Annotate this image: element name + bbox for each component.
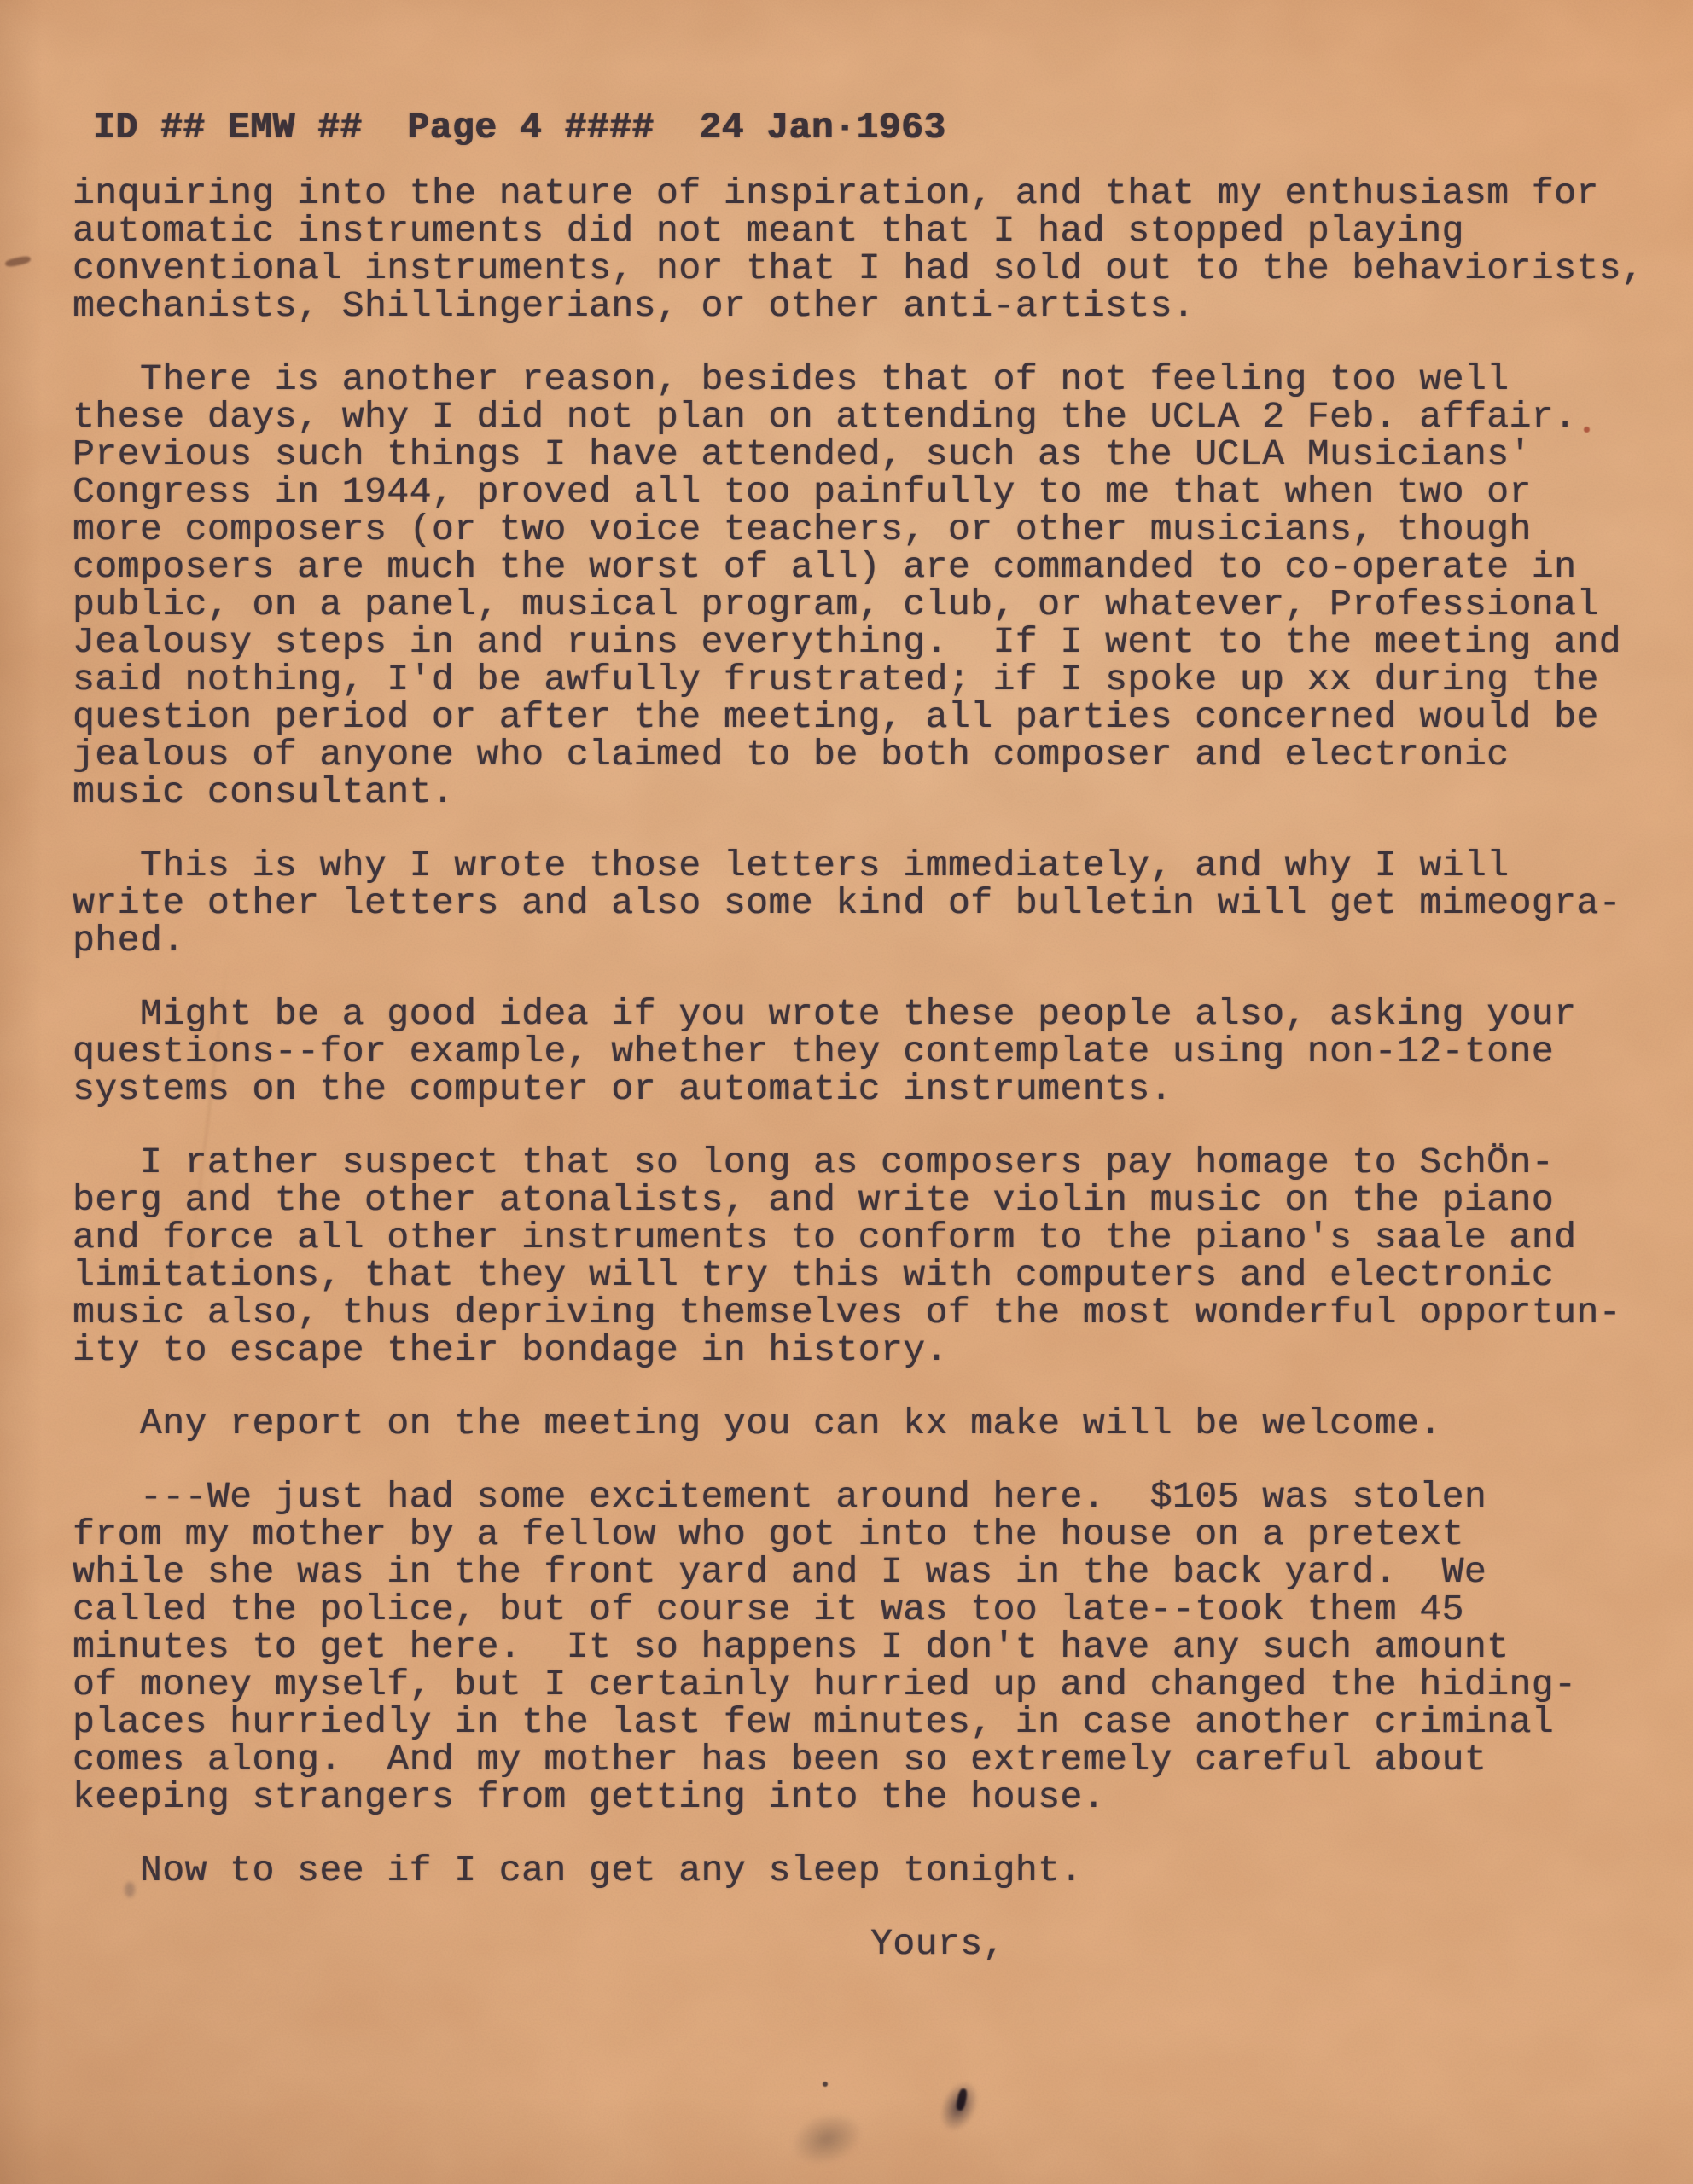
paragraph-report-request: Any report on the meeting you can kx mak…	[73, 1405, 1680, 1443]
ink-dot	[823, 2082, 828, 2087]
letter-page: ID ## EMW ## Page 4 #### 24 Jan·1963 inq…	[0, 0, 1693, 2184]
paragraph-theft-story: ---We just had some excitement around he…	[73, 1478, 1680, 1816]
pencil-smudge	[784, 2104, 870, 2174]
page-header: ID ## EMW ## Page 4 #### 24 Jan·1963	[93, 109, 1680, 147]
signoff: Yours,	[870, 1926, 1680, 1963]
paragraph-letters: This is why I wrote those letters immedi…	[73, 847, 1680, 960]
paragraph-sleep: Now to see if I can get any sleep tonigh…	[73, 1852, 1680, 1890]
ink-blot-core	[955, 2088, 968, 2111]
letter-content: ID ## EMW ## Page 4 #### 24 Jan·1963 inq…	[73, 109, 1680, 1963]
ink-dash-left-margin	[4, 255, 31, 268]
ink-blot	[933, 2076, 986, 2138]
paragraph-continuation: inquiring into the nature of inspiration…	[73, 175, 1680, 325]
paragraph-suggestion: Might be a good idea if you wrote these …	[73, 996, 1680, 1108]
paragraph-ucla-meeting: There is another reason, besides that of…	[73, 361, 1680, 811]
paragraph-schoenberg: I rather suspect that so long as compose…	[73, 1144, 1680, 1369]
